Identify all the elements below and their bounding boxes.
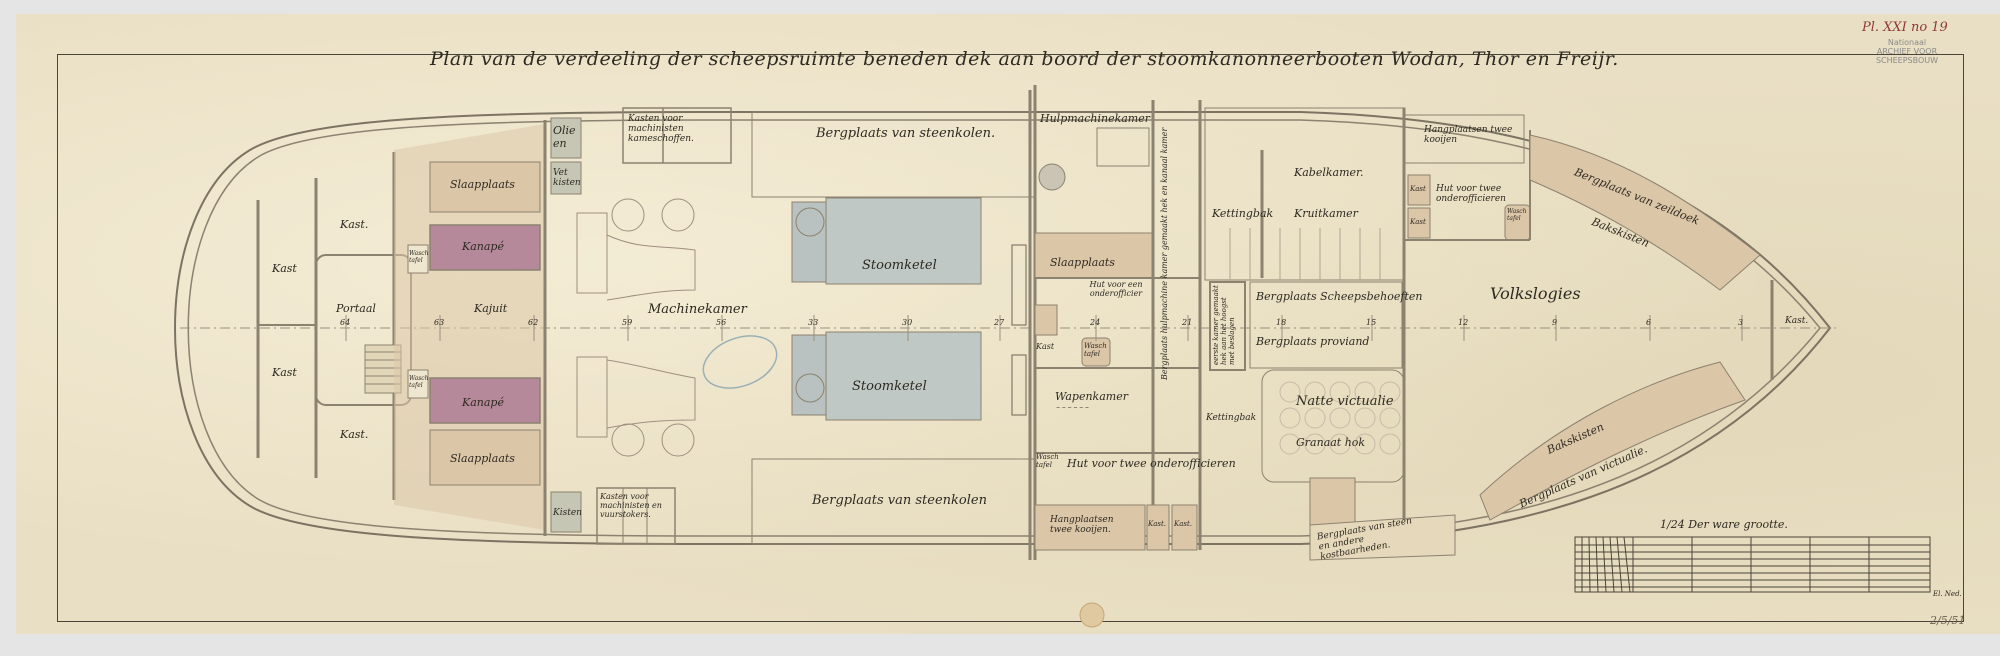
label-machinekamer: Machinekamer	[648, 302, 747, 317]
frame-number: 27	[994, 318, 1004, 327]
label-kast-fwd-1: Kast	[1410, 185, 1426, 193]
frame-number: 64	[340, 318, 350, 327]
label-bergplaats-proviand: Bergplaats proviand	[1256, 335, 1369, 348]
label-waschtafel-fwd: Wasch tafel	[1507, 208, 1529, 222]
scale-label: 1/24 Der ware grootte.	[1660, 518, 1788, 531]
frame-number: 33	[808, 318, 818, 327]
label-kettingbak: Kettingbak	[1212, 207, 1273, 220]
label-hulpmachinekamer: Hulpmachinekamer	[1040, 112, 1150, 125]
label-kast-upper: Kast.	[340, 218, 368, 231]
label-stoomketel-top: Stoomketel	[862, 258, 937, 273]
frame-number: 56	[716, 318, 726, 327]
frame-number: 12	[1458, 318, 1468, 327]
label-waschtafel-low: Wasch tafel	[1036, 453, 1056, 469]
label-vertical-note: eerste kamer gemaakt hek aan het hoogst …	[1212, 285, 1242, 365]
label-bergplaats-steenkolen-bottom: Bergplaats van steenkolen	[812, 493, 987, 508]
frame-number: 21	[1182, 318, 1192, 327]
label-stoomketel-bottom: Stoomketel	[852, 379, 927, 394]
frame-number: 24	[1090, 318, 1100, 327]
frame-number: 6	[1646, 318, 1651, 327]
frame-number: 18	[1276, 318, 1286, 327]
label-granaat-hok: Granaat hok	[1296, 436, 1365, 449]
label-kanape-top: Kanapé	[462, 240, 504, 253]
label-vet-kisten: Vet kisten	[553, 168, 581, 188]
label-bergplaats-steenkolen-top: Bergplaats van steenkolen.	[816, 126, 995, 141]
label-kast-bow: Kast.	[1785, 316, 1808, 326]
label-waschtafel-top: Wasch tafel	[409, 250, 427, 264]
label-kasten-machinisten: Kasten voor machinisten kameschoffen.	[628, 114, 728, 144]
archive-stamp-line1: Nationaal	[1852, 38, 1962, 47]
frame-number: 63	[434, 318, 444, 327]
label-kajuit: Kajuit	[474, 302, 507, 315]
frame-number: 9	[1552, 318, 1557, 327]
label-hut-twee-onderofficieren: Hut voor twee onderofficieren	[1067, 457, 1236, 470]
label-hangplaatsen-top: Hangplaatsen twee kooijen	[1424, 125, 1514, 145]
frame-number: 59	[622, 318, 632, 327]
label-waschtafel-mid: Wasch tafel	[1084, 342, 1108, 358]
label-olie: Olie en	[553, 124, 581, 150]
label-kast-low-2: Kast.	[1174, 520, 1192, 528]
label-kruitkamer: Kruitkamer	[1294, 207, 1358, 220]
archive-stamp-line2: ARCHIEF VOOR SCHEEPSBOUW	[1852, 47, 1962, 65]
frame-number: 30	[902, 318, 912, 327]
label-slaapplaats-top: Slaapplaats	[450, 178, 515, 191]
ship-plan-drawing	[0, 0, 2000, 656]
bottom-reference: 2/5/51	[1930, 614, 1965, 627]
label-bergplaats-scheepsbehoeften: Bergplaats Scheepsbehoeften	[1256, 290, 1422, 303]
label-kast-fwd-2: Kast	[1410, 218, 1426, 226]
label-slaapplaats-bottom: Slaapplaats	[450, 452, 515, 465]
label-portaal: Portaal	[336, 302, 376, 315]
label-kettingbak-lower: Kettingbak	[1206, 413, 1256, 423]
scale-unit: El. Ned.	[1933, 590, 1962, 598]
label-kanape-bottom: Kanapé	[462, 396, 504, 409]
label-natte-victualie: Natte victualie	[1296, 394, 1394, 409]
label-kisten: Kisten	[553, 508, 582, 518]
label-hut-onderofficier: Hut voor een onderofficier	[1085, 280, 1147, 298]
archive-stamp: Nationaal ARCHIEF VOOR SCHEEPSBOUW	[1852, 38, 1962, 65]
label-kast-mid: Kast	[1036, 342, 1054, 351]
label-kast-lower: Kast.	[340, 428, 368, 441]
label-kasten-stokers: Kasten voor machinisten en vuurstokers.	[600, 492, 672, 519]
label-volkslogies: Volkslogies	[1490, 284, 1581, 303]
label-kast-low-1: Kast.	[1148, 520, 1166, 528]
label-wapenkamer: Wapenkamer	[1055, 390, 1128, 403]
label-kast-stern-1: Kast	[272, 262, 297, 275]
wapenkamer-notes: ~ ~ ~ ~ ~ ~	[1056, 405, 1136, 411]
label-slaapplaats-mid: Slaapplaats	[1050, 256, 1115, 269]
label-bergplaats-vertical: Bergplaats hulpmachine kamer gemaakt hek…	[1160, 150, 1169, 380]
label-kabelkamer: Kabelkamer.	[1294, 166, 1364, 179]
frame-number: 15	[1366, 318, 1376, 327]
frame-number: 3	[1738, 318, 1743, 327]
drawing-title: Plan van de verdeeling der scheepsruimte…	[430, 48, 1619, 70]
frame-number: 62	[528, 318, 538, 327]
label-kast-stern-2: Kast	[272, 366, 297, 379]
label-hut-twee-top: Hut voor twee onderofficieren	[1436, 184, 1502, 204]
corner-reference: Pl. XXI no 19	[1862, 20, 1948, 35]
label-waschtafel-bottom: Wasch tafel	[409, 375, 427, 389]
label-hangplaatsen-low: Hangplaatsen twee kooijen.	[1050, 515, 1120, 535]
